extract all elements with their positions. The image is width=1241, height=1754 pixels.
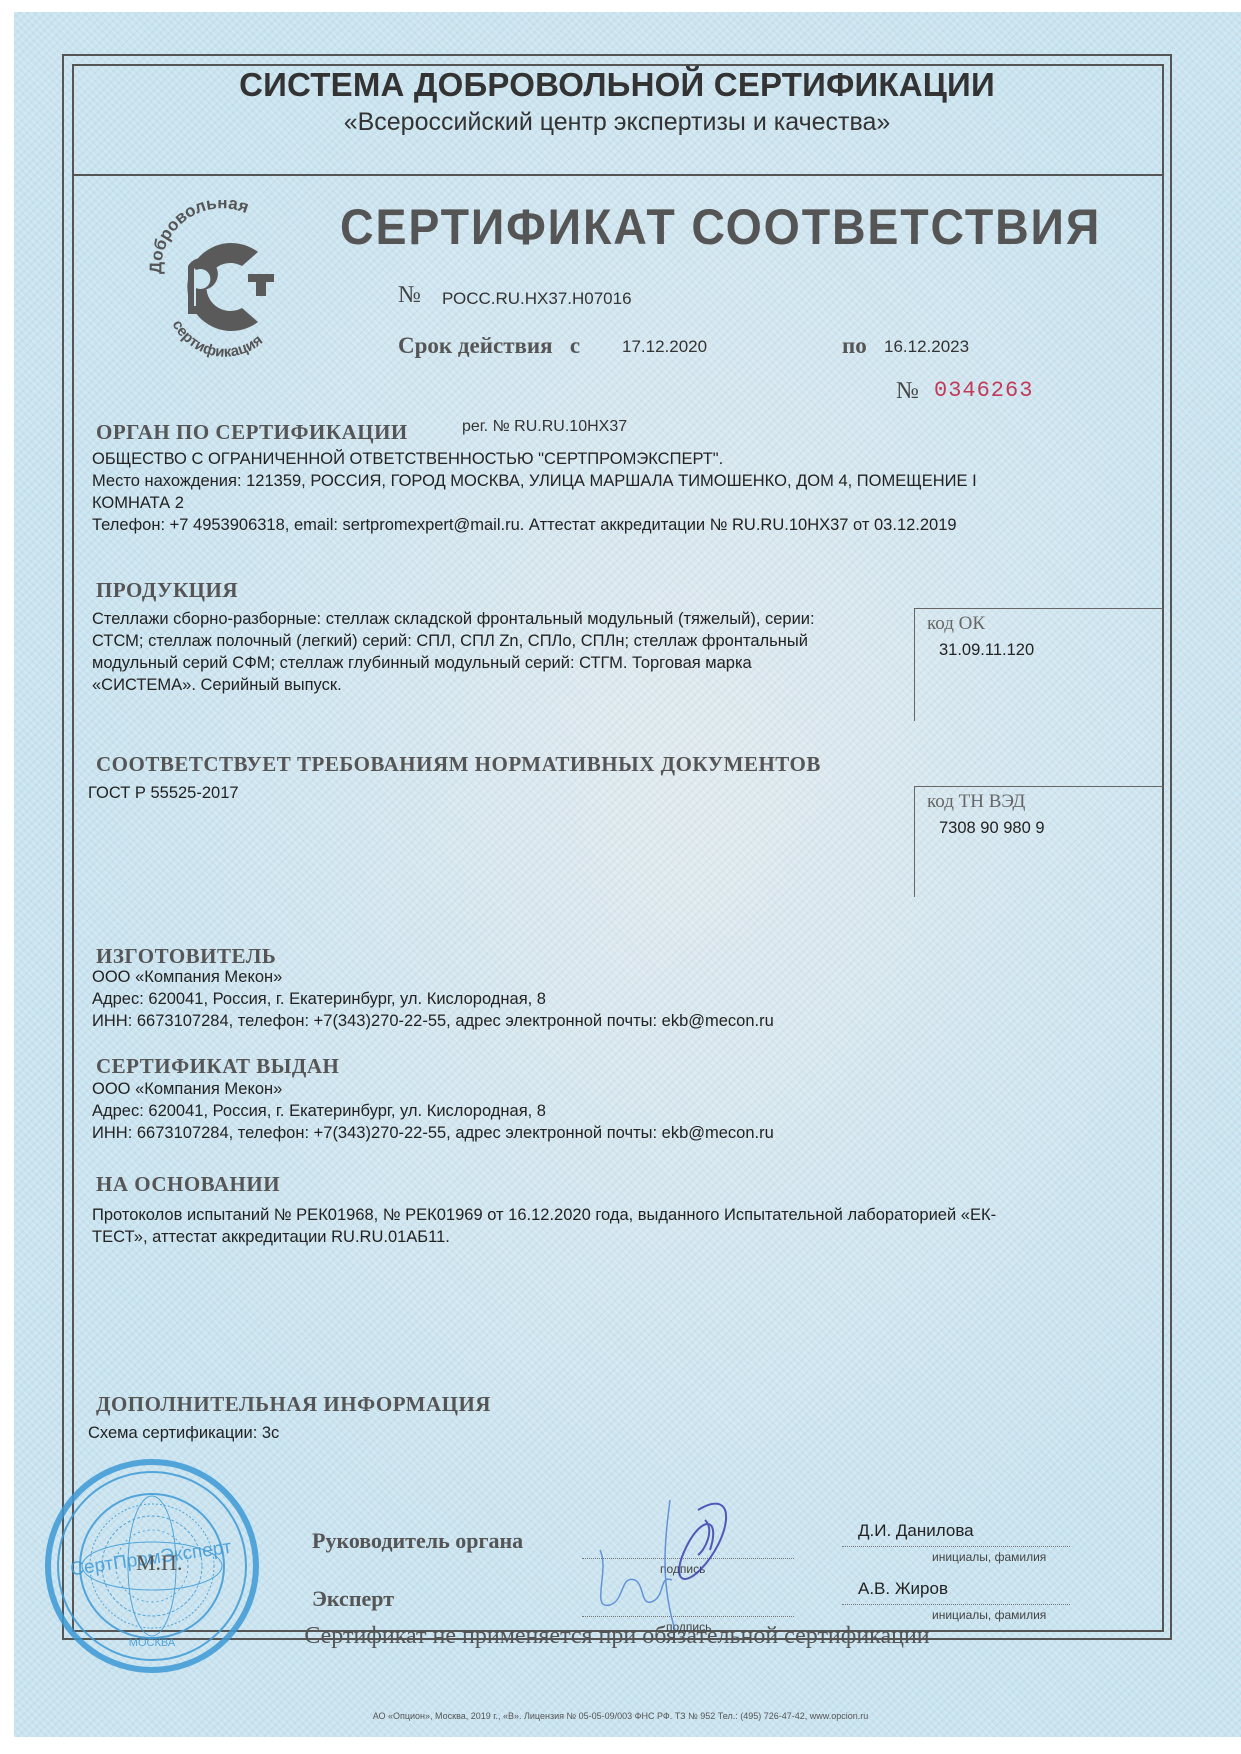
tnved-code-box: код ТН ВЭД 7308 90 980 9 <box>914 786 1163 897</box>
additional-info-heading: ДОПОЛНИТЕЛЬНАЯ ИНФОРМАЦИЯ <box>96 1392 491 1417</box>
certification-body-address-2: КОМНАТА 2 <box>92 492 184 514</box>
certification-body-name: ОБЩЕСТВО С ОГРАНИЧЕННОЙ ОТВЕТСТВЕННОСТЬЮ… <box>92 448 723 470</box>
head-name-line <box>842 1546 1070 1547</box>
product-line-3: модульный серий СФМ; стеллаж глубинный м… <box>92 652 752 674</box>
ok-code-label: код ОК <box>927 613 985 635</box>
conformity-heading: СООТВЕТСТВУЕТ ТРЕБОВАНИЯМ НОРМАТИВНЫХ ДО… <box>96 752 821 777</box>
certification-body-address-1: Место нахождения: 121359, РОССИЯ, ГОРОД … <box>92 470 977 492</box>
stamp-place-label: М.П. <box>136 1550 182 1576</box>
issued-to-heading: СЕРТИФИКАТ ВЫДАН <box>96 1054 339 1079</box>
ok-code-value: 31.09.11.120 <box>939 641 1034 660</box>
number-label: № <box>398 282 421 309</box>
manufacturer-contacts: ИНН: 6673107284, телефон: +7(343)270-22-… <box>92 1010 774 1032</box>
valid-from: 17.12.2020 <box>622 337 707 357</box>
manufacturer-address: Адрес: 620041, Россия, г. Екатеринбург, … <box>92 988 546 1010</box>
certification-body-reg-no: рег. № RU.RU.10НХ37 <box>462 418 627 436</box>
product-line-2: СТСМ; стеллаж полочный (легкий) серий: С… <box>92 630 808 652</box>
head-name: Д.И. Данилова <box>858 1520 974 1542</box>
basis-line-2: ТЕСТ», аттестат аккредитации RU.RU.01АБ1… <box>92 1226 450 1248</box>
serial-label: № <box>896 378 919 405</box>
expert-name-line <box>842 1604 1070 1605</box>
serial-number: 0346263 <box>934 378 1033 403</box>
expert-name-caption: инициалы, фамилия <box>932 1608 1046 1622</box>
valid-to-label: по <box>842 333 867 359</box>
ok-code-box: код ОК 31.09.11.120 <box>914 608 1163 721</box>
rst-logo-icon: Добровольная сертификация <box>140 200 300 360</box>
system-subtitle: «Всероссийский центр экспертизы и качест… <box>72 108 1162 137</box>
product-line-1: Стеллажи сборно-разборные: стеллаж склад… <box>92 608 815 630</box>
handwritten-signature-icon <box>580 1480 780 1630</box>
expert-name: А.В. Жиров <box>858 1578 948 1600</box>
footer-note: Сертификат не применяется при обязательн… <box>72 1623 1162 1650</box>
head-name-caption: инициалы, фамилия <box>932 1550 1046 1564</box>
tnved-code-label: код ТН ВЭД <box>927 791 1025 813</box>
product-heading: ПРОДУКЦИЯ <box>96 578 238 603</box>
issued-to-address: Адрес: 620041, Россия, г. Екатеринбург, … <box>92 1100 546 1122</box>
issued-to-contacts: ИНН: 6673107284, телефон: +7(343)270-22-… <box>92 1122 774 1144</box>
issued-to-name: ООО «Компания Мекон» <box>92 1078 282 1100</box>
basis-heading: НА ОСНОВАНИИ <box>96 1172 280 1197</box>
head-of-body-label: Руководитель органа <box>312 1528 523 1554</box>
product-line-4: «СИСТЕМА». Серийный выпуск. <box>92 674 342 696</box>
basis-line-1: Протоколов испытаний № РЕК01968, № РЕК01… <box>92 1204 996 1226</box>
certificate-number: РОСС.RU.НХ37.Н07016 <box>442 289 632 309</box>
valid-to: 16.12.2023 <box>884 337 969 357</box>
tnved-code-value: 7308 90 980 9 <box>939 819 1045 838</box>
system-title: СИСТЕМА ДОБРОВОЛЬНОЙ СЕРТИФИКАЦИИ <box>72 66 1162 104</box>
certification-scheme: Схема сертификации: 3с <box>88 1422 279 1444</box>
standard: ГОСТ Р 55525-2017 <box>88 782 239 804</box>
header-divider <box>72 174 1162 176</box>
manufacturer-name: ООО «Компания Мекон» <box>92 966 282 988</box>
printer-info: АО «Опцион», Москва, 2019 г., «В». Лицен… <box>0 1711 1241 1721</box>
certificate-title: СЕРТИФИКАТ СООТВЕТСТВИЯ <box>340 198 1101 256</box>
validity-label: Срок действия с <box>398 333 580 359</box>
expert-label: Эксперт <box>312 1586 394 1612</box>
certification-body-contacts: Телефон: +7 4953906318, email: sertprome… <box>92 514 957 536</box>
certification-body-heading: ОРГАН ПО СЕРТИФИКАЦИИ <box>96 420 408 445</box>
